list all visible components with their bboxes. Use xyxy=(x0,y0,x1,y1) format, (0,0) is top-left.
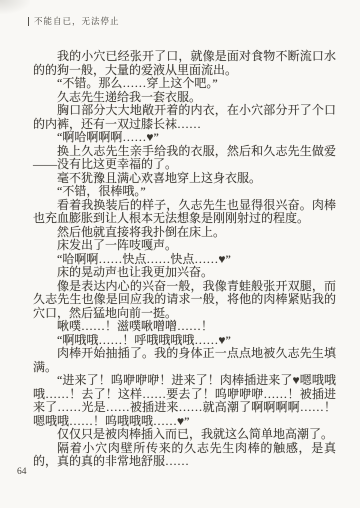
paragraph: 看着我换装后的样子，久志先生也显得很兴奋。肉棒也充血膨胀到让人根本无法想象是刚刚… xyxy=(33,199,336,226)
paragraph: “啊哦哦……！呼哦哦哦哦……♥” xyxy=(33,334,336,348)
paragraph: 仅仅只是被肉棒插入而已，我就这么简单地高潮了。 xyxy=(33,428,336,442)
paragraph: 毫不犹豫且满心欢喜地穿上这身衣服。 xyxy=(33,172,336,186)
scan-artifact xyxy=(0,0,30,14)
paragraph: 肉棒开始抽插了。我的身体正一点点地被久志先生填满。 xyxy=(33,347,336,374)
paragraph: “哈啊啊……快点……快点……♥” xyxy=(33,253,336,267)
paragraph: 隔着小穴肉壁所传来的久志先生肉棒的触感，是真的，真的真的非常地舒服…… xyxy=(33,442,336,469)
book-page: 不能自已，无法停止 我的小穴已经张开了口，就像是面对食物不断流口水的的狗一般，大… xyxy=(0,0,360,508)
chapter-title: 不能自已，无法停止 xyxy=(34,15,120,27)
header-divider-bar xyxy=(28,17,29,26)
paragraph: 我的小穴已经张开了口，就像是面对食物不断流口水的的狗一般，大量的爱液从里面流出。 xyxy=(33,50,336,77)
paragraph: “不错。那么……穿上这个吧。” xyxy=(33,77,336,91)
paragraph: 床的晃动声也让我更加兴奋。 xyxy=(33,266,336,280)
paragraph: 然后他就直接将我扑倒在床上。 xyxy=(33,226,336,240)
paragraph: 胸口部分大大地敞开着的内衣，在小穴部分开了个口的内裤，还有一双过膝长袜…… xyxy=(33,104,336,131)
paragraph: “进来了！呜咿咿咿！进来了！肉棒插进来了♥嗯哦哦哦……！去了！这样……要去了！呜… xyxy=(33,374,336,428)
paragraph: 床发出了一阵吱嘎声。 xyxy=(33,239,336,253)
paragraph: 像是表达内心的兴奋一般，我像青蛙般张开双腿，而久志先生也像是回应我的请求一般，将… xyxy=(33,280,336,321)
paragraph: “啊哈啊啊啊……♥” xyxy=(33,131,336,145)
paragraph: 换上久志先生亲手给我的衣服，然后和久志先生做爱——没有比这更幸福的了。 xyxy=(33,145,336,172)
paragraph: 久志先生递给我一套衣服。 xyxy=(33,91,336,105)
paragraph: 啾噗……！滋噗啾噌噌……！ xyxy=(33,320,336,334)
page-text: 我的小穴已经张开了口，就像是面对食物不断流口水的的狗一般，大量的爱液从里面流出。… xyxy=(33,50,336,469)
running-header: 不能自已，无法停止 xyxy=(28,15,120,27)
paragraph: “不错，很棒哦。” xyxy=(33,185,336,199)
page-number: 64 xyxy=(17,467,27,477)
